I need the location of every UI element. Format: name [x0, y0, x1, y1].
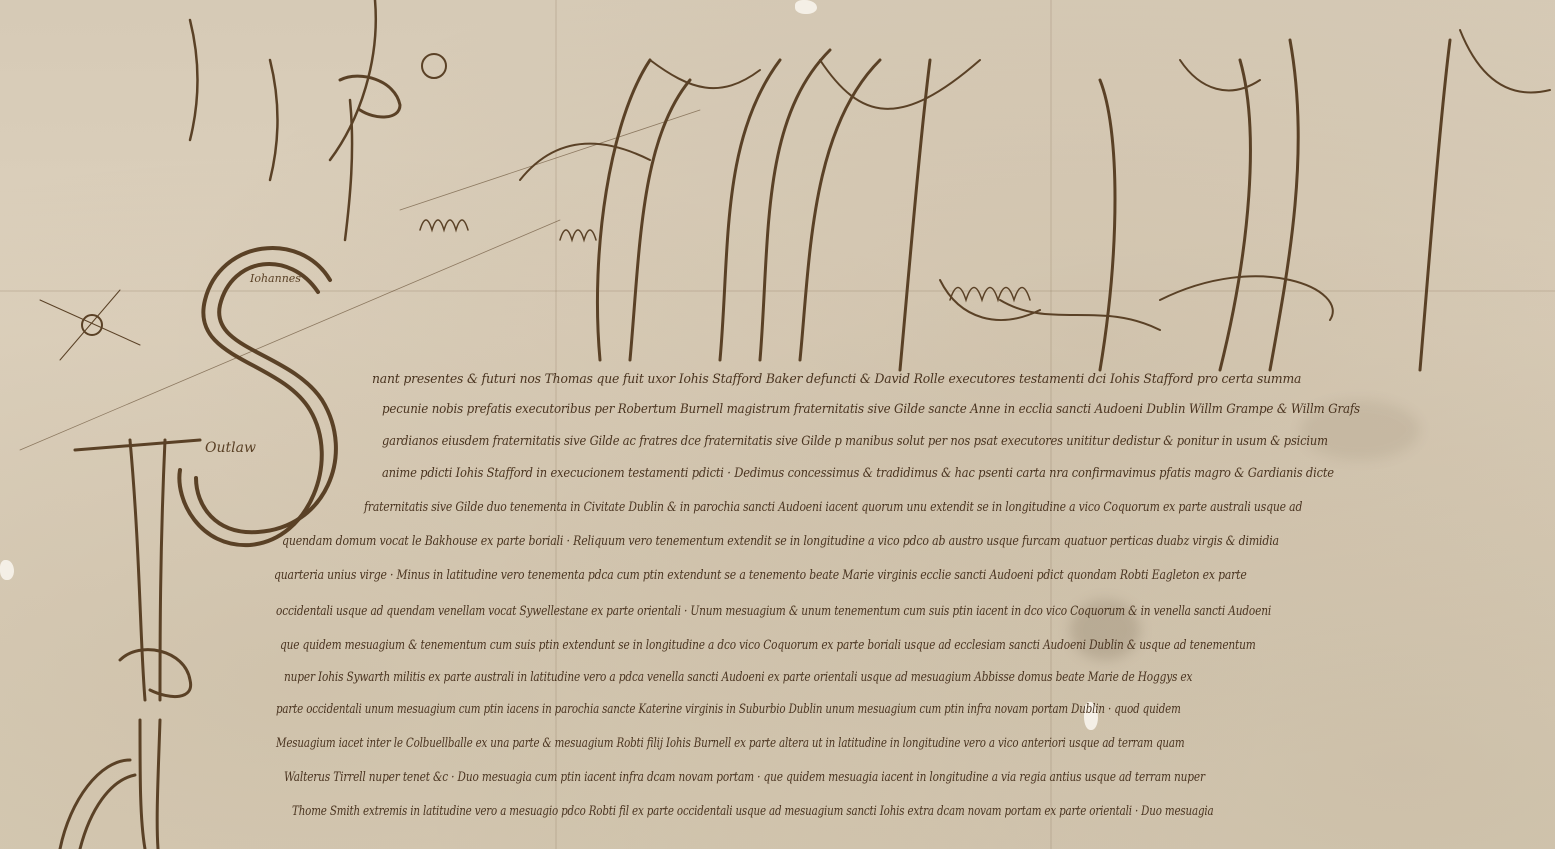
- text-line: nant presentes & futuri nos Thomas que f…: [372, 372, 1301, 387]
- initial-caption: Outlaw: [205, 440, 256, 456]
- initial-caption: Iohannes: [250, 272, 301, 285]
- text-line: gardianos eiusdem fraternitatis sive Gil…: [382, 434, 1328, 449]
- text-line: anime pdicti Iohis Stafford in execucion…: [382, 466, 1334, 481]
- text-line: fraternitatis sive Gilde duo tenementa i…: [364, 500, 1302, 515]
- text-line: Thome Smith extremis in latitudine vero …: [292, 804, 1214, 819]
- text-line: parte occidentali unum mesuagium cum pti…: [276, 702, 1181, 717]
- text-line: que quidem mesuagium & tenementum cum su…: [280, 638, 1256, 653]
- text-line: Mesuagium iacet inter le Colbuellballe e…: [276, 736, 1184, 751]
- text-line: quendam domum vocat le Bakhouse ex parte…: [282, 534, 1279, 549]
- text-line: pecunie nobis prefatis executoribus per …: [382, 402, 1360, 417]
- decorative-flourishes: [0, 0, 1555, 849]
- text-line: occidentali usque ad quendam venellam vo…: [276, 604, 1271, 619]
- text-line: nuper Iohis Sywarth militis ex parte aus…: [284, 670, 1192, 685]
- text-line: Walterus Tirrell nuper tenet &c · Duo me…: [284, 770, 1205, 785]
- text-line: quarteria unius virge · Minus in latitud…: [274, 568, 1247, 583]
